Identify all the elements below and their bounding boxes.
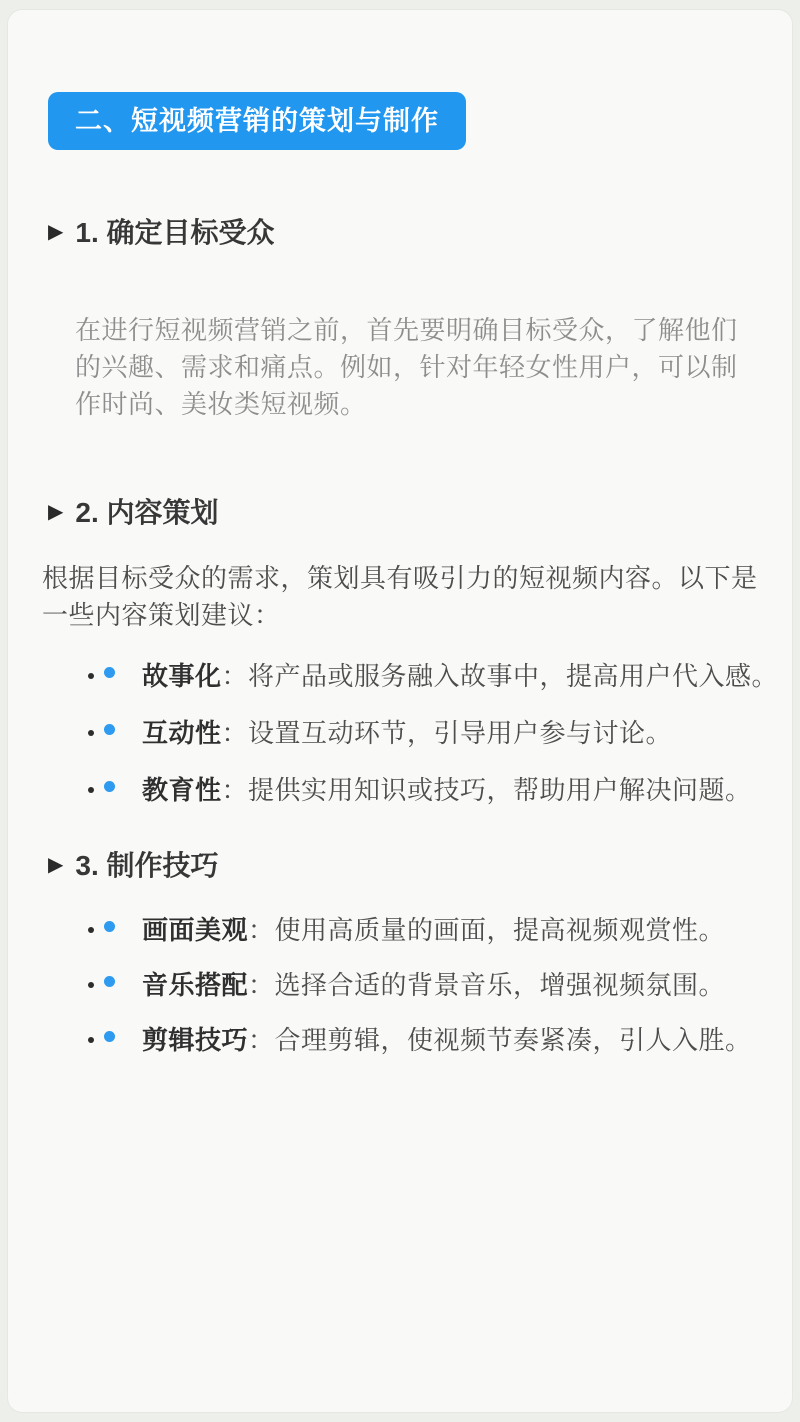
- bullet-list-content-planning: 故事化：将产品或服务融入故事中，提高用户代入感。 互动性：设置互动环节，引导用户…: [42, 658, 792, 809]
- section-heading-3-label: 3. 制作技巧: [75, 844, 218, 884]
- section-heading-2: ▶ 2. 内容策划: [48, 490, 792, 532]
- bullet-term: 画面美观: [142, 915, 248, 945]
- list-item: 剪辑技巧：合理剪辑，使视频节奏紧凑，引人入胜。: [42, 1022, 792, 1059]
- bullet-dot-icon: [88, 787, 94, 793]
- bullet-desc: ：使用高质量的画面，提高视频观赏性。: [248, 915, 725, 945]
- bullet-dot-blue-icon: [104, 976, 115, 987]
- bullet-dot-icon: [88, 982, 94, 988]
- bullet-list-production-tips: 画面美观：使用高质量的画面，提高视频观赏性。 音乐搭配：选择合适的背景音乐，增强…: [42, 912, 792, 1059]
- list-item: 画面美观：使用高质量的画面，提高视频观赏性。: [42, 912, 792, 949]
- triangle-right-icon: ▶: [48, 855, 63, 875]
- list-item: 教育性：提供实用知识或技巧，帮助用户解决问题。: [42, 772, 792, 809]
- paragraph-content-planning: 根据目标受众的需求，策划具有吸引力的短视频内容。以下是一些内容策划建议：: [42, 560, 762, 634]
- bullet-desc: ：将产品或服务融入故事中，提高用户代入感。: [222, 661, 779, 691]
- paragraph-target-audience: 在进行短视频营销之前，首先要明确目标受众，了解他们的兴趣、需求和痛点。例如，针对…: [75, 312, 739, 423]
- bullet-dot-blue-icon: [104, 1031, 115, 1042]
- list-item: 故事化：将产品或服务融入故事中，提高用户代入感。: [42, 658, 792, 695]
- section-heading-3: ▶ 3. 制作技巧: [48, 843, 792, 885]
- bullet-term: 音乐搭配: [142, 970, 248, 1000]
- bullet-dot-blue-icon: [104, 781, 115, 792]
- list-item: 音乐搭配：选择合适的背景音乐，增强视频氛围。: [42, 967, 792, 1004]
- bullet-desc: ：设置互动环节，引导用户参与讨论。: [222, 718, 673, 748]
- document-card: 二、短视频营销的策划与制作 ▶ 1. 确定目标受众 在进行短视频营销之前，首先要…: [8, 10, 792, 1412]
- bullet-term: 故事化: [142, 661, 222, 691]
- section-heading-1-label: 1. 确定目标受众: [75, 211, 274, 251]
- bullet-dot-icon: [88, 927, 94, 933]
- bullet-term: 剪辑技巧: [142, 1025, 248, 1055]
- section-title-badge: 二、短视频营销的策划与制作: [48, 92, 466, 150]
- bullet-dot-blue-icon: [104, 667, 115, 678]
- section-heading-2-label: 2. 内容策划: [75, 491, 218, 531]
- bullet-desc: ：提供实用知识或技巧，帮助用户解决问题。: [222, 775, 752, 805]
- bullet-desc: ：合理剪辑，使视频节奏紧凑，引人入胜。: [248, 1025, 752, 1055]
- bullet-term: 互动性: [142, 718, 222, 748]
- section-heading-1: ▶ 1. 确定目标受众: [48, 210, 792, 252]
- triangle-right-icon: ▶: [48, 502, 63, 522]
- bullet-desc: ：选择合适的背景音乐，增强视频氛围。: [248, 970, 725, 1000]
- bullet-dot-icon: [88, 673, 94, 679]
- bullet-term: 教育性: [142, 775, 222, 805]
- triangle-right-icon: ▶: [48, 222, 63, 242]
- list-item: 互动性：设置互动环节，引导用户参与讨论。: [42, 715, 792, 752]
- bullet-dot-blue-icon: [104, 921, 115, 932]
- bullet-dot-blue-icon: [104, 724, 115, 735]
- bullet-dot-icon: [88, 730, 94, 736]
- bullet-dot-icon: [88, 1037, 94, 1043]
